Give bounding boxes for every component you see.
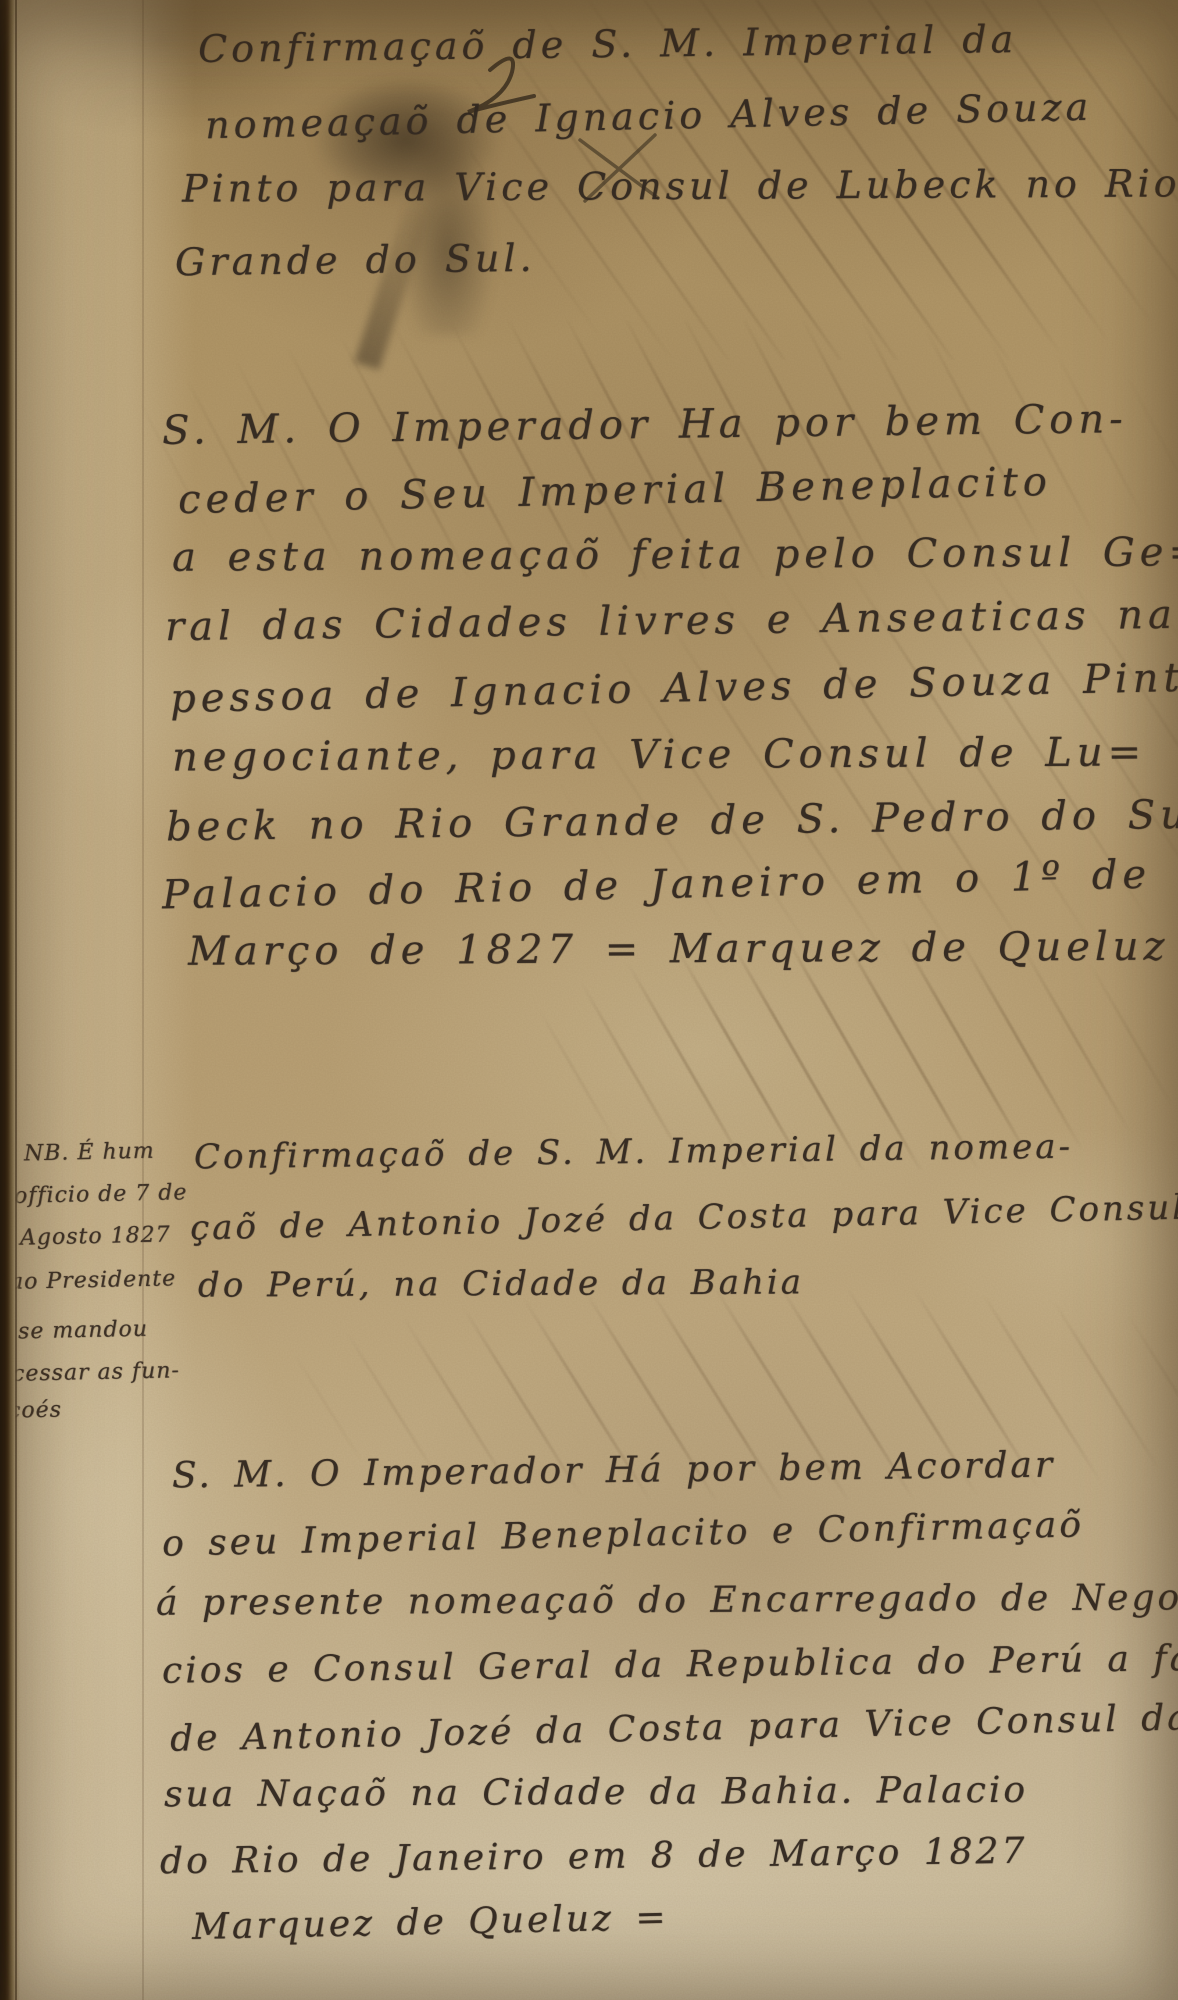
heading-line: Confirmaçaõ de S. M. Imperial da [198, 17, 1018, 71]
body-line: cios e Consul Geral da Republica do Perú… [162, 1637, 1178, 1691]
ink-flourish-mark [430, 35, 730, 255]
paper-grain-texture [0, 0, 1178, 2000]
ink-smudge-streak [354, 200, 431, 370]
body-line: o seu Imperial Beneplacito e Confirmaçaõ [162, 1504, 1085, 1564]
margin-note-line: officio de 7 de [14, 1180, 188, 1209]
body-line: ceder o Seu Imperial Beneplacito [178, 459, 1053, 523]
margin-note-line: ao Presidente [10, 1266, 177, 1294]
paper-mottling [0, 0, 1178, 2000]
body-line: do Rio de Janeiro em 8 de Março 1827 [160, 1831, 1028, 1883]
margin-note-line: çoés [8, 1397, 62, 1423]
heading-line: Grande do Sul. [175, 236, 536, 284]
binding-edge [0, 0, 20, 2000]
margin-note-line: cessar as fun- [12, 1358, 180, 1387]
body-line: S. M. O Imperador Há por bem Acordar [172, 1445, 1056, 1497]
body-line: ral das Cidades livres e Anseaticas na [165, 592, 1177, 650]
heading-line: nomeaçaõ de Ignacio Alves de Souza [205, 85, 1093, 148]
body-line: á presente nomeaçaõ do Encarregado de Ne… [156, 1577, 1178, 1623]
body-line: Palacio do Rio de Janeiro em o 1º de [162, 852, 1152, 919]
margin-note-line: Agosto 1827 [20, 1222, 171, 1250]
body-line: de Antonio Jozé da Costa para Vice Consu… [170, 1697, 1178, 1759]
margin-note-line: NB. É hum [24, 1139, 155, 1167]
body-line: S. M. O Imperador Ha por bem Con- [162, 396, 1128, 454]
body-line: Marquez de Queluz = [192, 1897, 669, 1948]
fold-crease [142, 0, 144, 2000]
heading-line: Confirmaçaõ de S. M. Imperial da nomea- [194, 1127, 1073, 1178]
body-line: sua Naçaõ na Cidade da Bahia. Palacio [164, 1770, 1028, 1816]
heading-line: do Perú, na Cidade da Bahia [198, 1262, 804, 1305]
heading-line: Pinto para Vice Consul de Lubeck no Rio [182, 161, 1178, 210]
body-line: pessoa de Ignacio Alves de Souza Pinto, [170, 654, 1178, 722]
heading-line: çaõ de Antonio Jozé da Costa para Vice C… [190, 1188, 1178, 1249]
binding-edge-line [15, 0, 17, 2000]
body-line: a esta nomeaçaõ feita pelo Consul Ge= [172, 529, 1178, 580]
margin-note-line: se mandou [18, 1317, 148, 1345]
manuscript-page: Confirmaçaõ de S. M. Imperial da nomeaça… [0, 0, 1178, 2000]
page-vignette [0, 0, 1178, 2000]
body-line: negociante, para Vice Consul de Lu= [172, 729, 1146, 780]
body-line: Março de 1827 = Marquez de Queluz = [188, 923, 1178, 974]
body-line: beck no Rio Grande de S. Pedro do Sul [166, 792, 1178, 851]
